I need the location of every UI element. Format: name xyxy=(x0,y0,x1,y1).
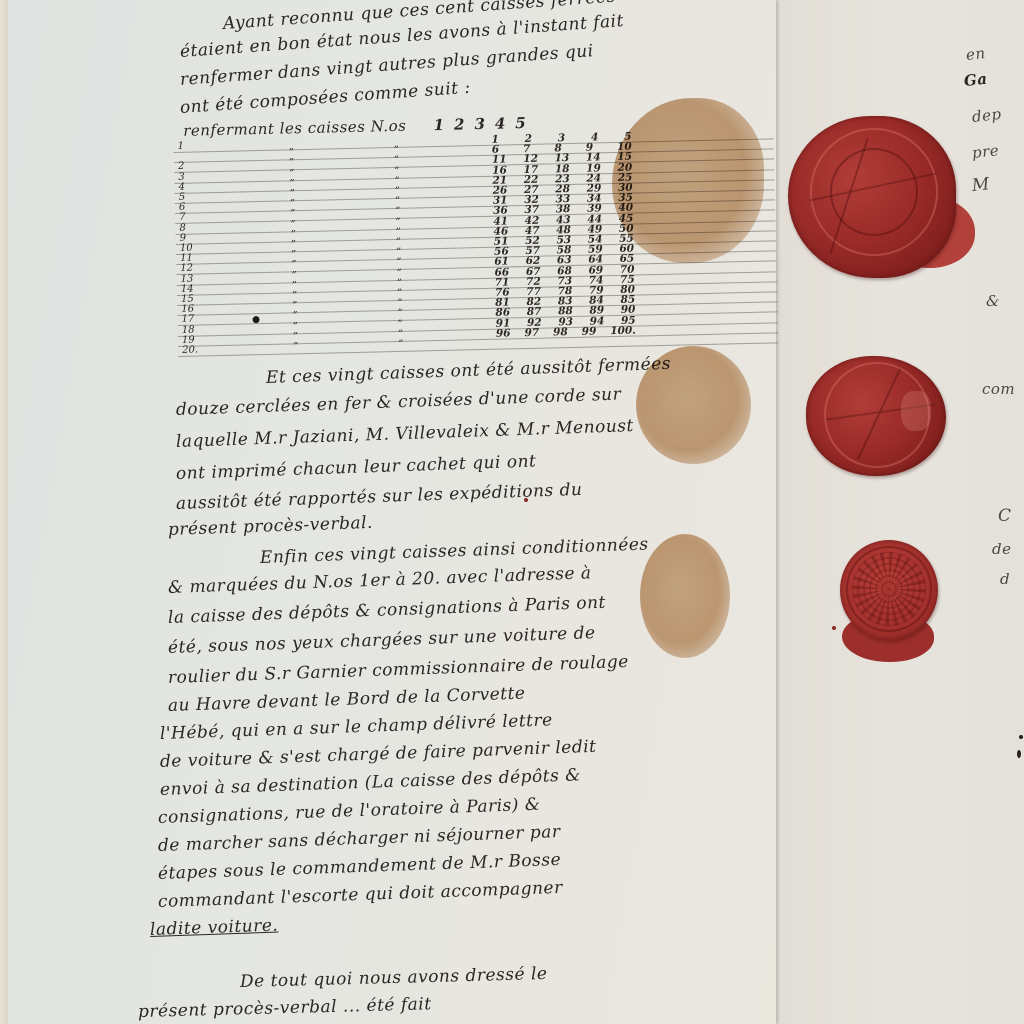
ledger-header-label: renfermant les caisses N.os xyxy=(183,117,406,140)
text-line: consignations, rue de l'oratoire à Paris… xyxy=(158,795,541,828)
ledger-row-number: 20. xyxy=(182,344,206,356)
ledger-header-nums: 12345 xyxy=(433,114,536,134)
text-line: été, sous nos yeux chargées sur une voit… xyxy=(168,623,596,658)
text-line: au Havre devant le Bord de la Corvette xyxy=(168,684,526,716)
text-line: & marquées du N.os 1er à 20. avec l'adre… xyxy=(168,563,592,598)
text-line: roulier du S.r Garnier commissionnaire d… xyxy=(168,652,630,688)
wax-stain xyxy=(612,98,764,263)
text-line: de marcher sans décharger ni séjourner p… xyxy=(158,822,561,856)
margin-fragment: pre xyxy=(971,141,1000,162)
ditto-mark: ” xyxy=(293,341,298,352)
wax-stain xyxy=(636,346,751,464)
margin-fragment: M xyxy=(971,174,991,196)
text-line: ont imprimé chacun leur cachet qui ont xyxy=(176,451,537,484)
seal-body xyxy=(788,116,956,278)
margin-fragment: d xyxy=(1000,570,1010,588)
ledger-row-number: 1 xyxy=(177,140,201,152)
text-line: Et ces vingt caisses ont été aussitôt fe… xyxy=(266,354,672,388)
seal-highlight xyxy=(901,391,931,431)
margin-fragment: & xyxy=(986,292,1000,310)
text-line: laquelle M.r Jaziani, M. Villevaleix & M… xyxy=(176,416,634,452)
text-line: présent procès-verbal. xyxy=(168,513,374,540)
seal-rim xyxy=(846,546,932,632)
margin-fragment: de xyxy=(992,540,1011,558)
text-line: l'Hébé, qui en a sur le champ délivré le… xyxy=(160,710,553,744)
margin-fragment: en xyxy=(965,44,986,64)
text-line: aussitôt été rapportés sur les expéditio… xyxy=(176,480,583,514)
text-line: douze cerclées en fer & croisées d'une c… xyxy=(176,384,622,420)
red-wax-fleck xyxy=(524,498,528,502)
margin-fragment: Ga xyxy=(963,70,988,90)
seal-body xyxy=(806,356,946,476)
ink-fleck xyxy=(1017,750,1021,758)
red-wax-fleck xyxy=(832,626,836,630)
text-line: ladite voiture. xyxy=(150,916,279,940)
text-line: De tout quoi nous avons dressé le xyxy=(240,964,548,992)
text-line: étapes sous le commandement de M.r Bosse xyxy=(158,850,562,884)
manuscript-photo: Ayant reconnu que ces cent caisses ferré… xyxy=(0,0,1024,1024)
ditto-mark: ” xyxy=(398,339,403,350)
margin-fragment: com xyxy=(982,380,1015,398)
wax-stain xyxy=(640,534,730,658)
margin-fragment: C xyxy=(998,506,1012,526)
text-line: présent procès-verbal ... été fait xyxy=(138,994,432,1022)
ink-fleck xyxy=(1019,735,1023,739)
margin-fragment: dep xyxy=(971,105,1002,126)
text-line: la caisse des dépôts & consignations à P… xyxy=(168,593,607,628)
seal-body xyxy=(840,540,938,640)
text-line: commandant l'escorte qui doit accompagne… xyxy=(158,878,563,912)
